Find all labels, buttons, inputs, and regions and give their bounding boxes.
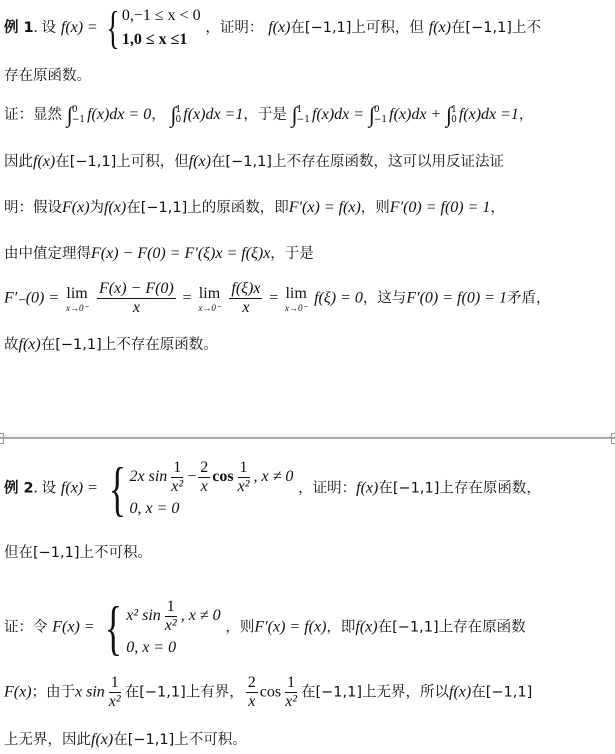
case-row: 2x sin1x²−2xcos1x², x ≠ 0 bbox=[130, 456, 294, 497]
left-brace-icon: { bbox=[105, 598, 122, 658]
piecewise-definition: { 2x sin1x²−2xcos1x², x ≠ 0 0, x = 0 bbox=[103, 456, 294, 521]
math-eq: = bbox=[88, 19, 97, 36]
fraction: f(ξ)xx bbox=[229, 280, 262, 317]
example1-proof-line-5: F′₋(0) = limx→0⁻ F(x) − F(0)x = limx→0⁻ … bbox=[4, 280, 550, 317]
integral: ∫0−1f(x)dx = 0 bbox=[67, 105, 151, 125]
example1-proof-line-2: 因此f(x)在[−1,1]上可积，但f(x)在[−1,1]上不存在原函数，这可以… bbox=[4, 151, 504, 172]
case-row: 0, x = 0 bbox=[130, 497, 294, 521]
integral: ∫0−1f(x)dx + bbox=[369, 105, 441, 125]
example1-statement-cont: 存在原函数。 bbox=[4, 66, 91, 86]
text: ， bbox=[151, 107, 166, 123]
page-break-rule bbox=[0, 437, 615, 439]
right-margin-marker-icon bbox=[611, 433, 615, 444]
case-row: x² sin1x², x ≠ 0 bbox=[126, 595, 220, 636]
left-brace-icon: { bbox=[108, 459, 125, 519]
limit: limx→0⁻ bbox=[198, 285, 220, 313]
example1-label: 例 1 bbox=[4, 20, 34, 36]
example1-proof-line-3: 明：假设F(x)为f(x)在[−1,1]上的原函数，即F′(x) = f(x)，… bbox=[4, 197, 505, 218]
example1-proof-line-1: 证：显然 ∫0−1f(x)dx = 0， ∫10f(x)dx =1，于是 ∫1−… bbox=[4, 104, 533, 125]
example1-statement: 例 1. 设 f(x) = { 0,−1 ≤ x < 0 1,0 ≤ x ≤1 … bbox=[4, 4, 541, 52]
math-fx: f(x) bbox=[61, 19, 83, 36]
example2-proof-line-3: 上无界，因此f(x)在[−1,1]上不可积。 bbox=[4, 729, 247, 750]
left-margin-marker-icon bbox=[0, 433, 4, 444]
case-row: 0, x = 0 bbox=[126, 636, 220, 660]
example2-statement: 例 2. 设 f(x) = { 2x sin1x²−2xcos1x², x ≠ … bbox=[4, 456, 541, 521]
page-break-separator bbox=[0, 432, 615, 440]
case-row: 1,0 ≤ x ≤1 bbox=[122, 28, 201, 52]
example2-label: 例 2 bbox=[4, 481, 34, 497]
math-fx: f(x) bbox=[429, 19, 451, 36]
limit: limx→0⁻ bbox=[66, 285, 88, 313]
case-row: 0,−1 ≤ x < 0 bbox=[122, 4, 201, 28]
left-brace-icon: { bbox=[106, 5, 119, 51]
text: ，证明： bbox=[205, 20, 263, 36]
example2-proof-line-2: F(x)；由于x sin1x²在[−1,1]上有界，2xcos1x²在[−1,1… bbox=[4, 674, 532, 711]
text: 在[−1,1]上不 bbox=[451, 20, 541, 36]
piecewise-definition: { 0,−1 ≤ x < 0 1,0 ≤ x ≤1 bbox=[102, 4, 201, 52]
example1-proof-line-4: 由中值定理得F(x) − F(0) = F′(ξ)x = f(ξ)x，于是 bbox=[4, 243, 314, 264]
example1-proof-line-6: 故f(x)在[−1,1]上不存在原函数。 bbox=[4, 334, 218, 355]
integral: ∫1−1f(x)dx = bbox=[292, 105, 364, 125]
example2-statement-cont: 但在[−1,1]上不可积。 bbox=[4, 543, 152, 563]
fraction: F(x) − F(0)x bbox=[97, 280, 176, 317]
text: ，于是 bbox=[243, 107, 287, 123]
piecewise-definition: { x² sin1x², x ≠ 0 0, x = 0 bbox=[99, 595, 220, 660]
integral: ∫10f(x)dx =1 bbox=[170, 105, 243, 125]
text: 证：显然 bbox=[4, 107, 62, 123]
math-fx: f(x) bbox=[268, 19, 290, 36]
integral: ∫10f(x)dx =1 bbox=[446, 105, 519, 125]
text: 在[−1,1]上可积，但 bbox=[290, 20, 424, 36]
example2-proof-line-1: 证：令 F(x) = { x² sin1x², x ≠ 0 0, x = 0 ，… bbox=[4, 595, 526, 660]
text: 设 bbox=[42, 20, 57, 36]
limit: limx→0⁻ bbox=[285, 285, 307, 313]
